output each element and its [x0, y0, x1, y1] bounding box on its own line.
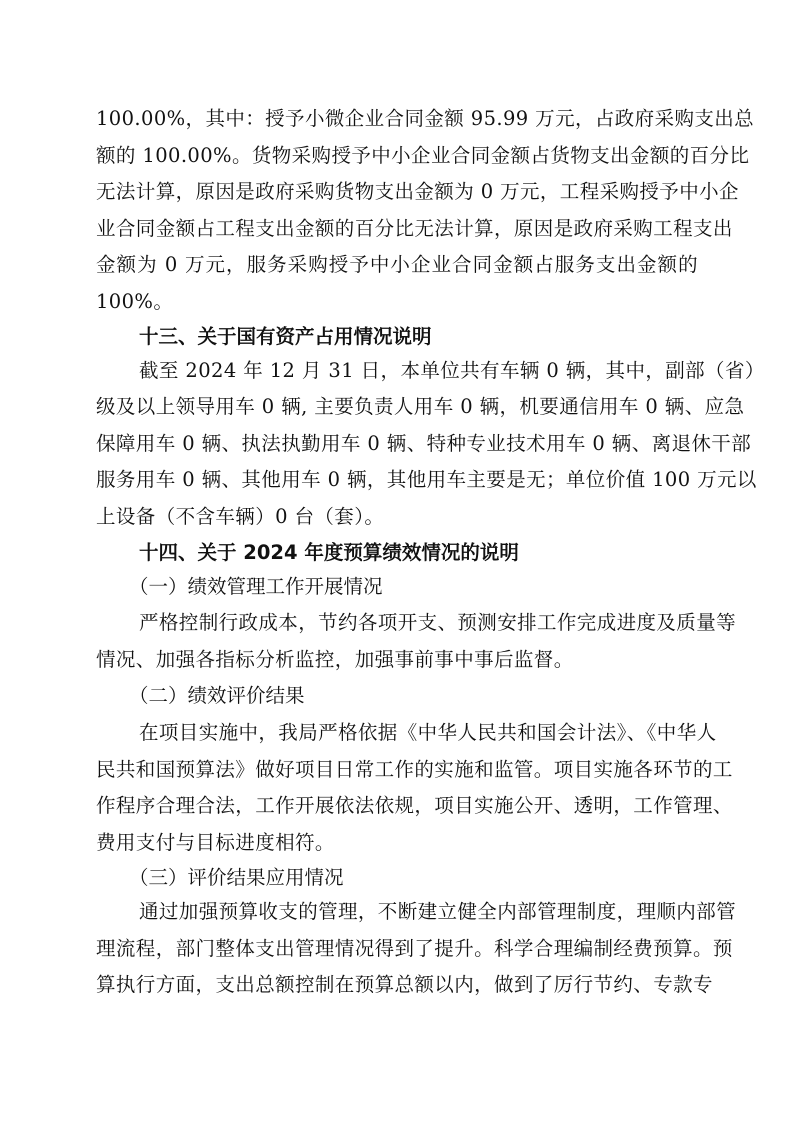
paragraph-line: 情况、加强各指标分析监控，加强事前事中事后监督。 — [96, 642, 698, 679]
paragraph-line: 金额为 0 万元，服务采购授予中小企业合同金额占服务支出金额的 — [96, 247, 698, 284]
paragraph-line: 服务用车 0 辆、其他用车 0 辆，其他用车主要是无；单位价值 100 万元以 — [96, 462, 698, 499]
paragraph-line: 理流程，部门整体支出管理情况得到了提升。科学合理编制经费预算。预 — [96, 931, 698, 968]
paragraph-line: 在项目实施中，我局严格依据《中华人民共和国会计法》、《中华人 — [96, 715, 698, 752]
paragraph-line: 费用支付与目标进度相符。 — [96, 825, 698, 862]
paragraph-line: 上设备（不含车辆）0 台（套）。 — [96, 499, 698, 536]
paragraph-line: 业合同金额占工程支出金额的百分比无法计算，原因是政府采购工程支出 — [96, 211, 698, 248]
paragraph-line: 100.00%，其中：授予小微企业合同金额 95.99 万元，占政府采购支出总 — [96, 101, 698, 138]
paragraph-line: 通过加强预算收支的管理，不断建立健全内部管理制度，理顺内部管 — [96, 894, 698, 931]
paragraph-line: 100%。 — [96, 284, 698, 321]
paragraph-line: 算执行方面，支出总额控制在预算总额以内，做到了厉行节约、专款专 — [96, 967, 698, 1004]
paragraph-line: 截至 2024 年 12 月 31 日，本单位共有车辆 0 辆，其中，副部（省） — [96, 353, 698, 390]
section-13-heading: 十三、关于国有资产占用情况说明 — [96, 321, 698, 353]
section-13-paragraph: 截至 2024 年 12 月 31 日，本单位共有车辆 0 辆，其中，副部（省）… — [96, 353, 698, 536]
section-14-heading: 十四、关于 2024 年度预算绩效情况的说明 — [96, 536, 698, 569]
subsection-2-paragraph: 在项目实施中，我局严格依据《中华人民共和国会计法》、《中华人 民共和国预算法》做… — [96, 715, 698, 861]
subsection-3-paragraph: 通过加强预算收支的管理，不断建立健全内部管理制度，理顺内部管 理流程，部门整体支… — [96, 894, 698, 1004]
paragraph-line: 额的 100.00%。货物采购授予中小企业合同金额占货物支出金额的百分比 — [96, 138, 698, 175]
paragraph-line: 级及以上领导用车 0 辆, 主要负责人用车 0 辆，机要通信用车 0 辆、应急 — [96, 389, 698, 426]
paragraph-line: 严格控制行政成本，节约各项开支、预测安排工作完成进度及质量等 — [96, 605, 698, 642]
section-12-tail-paragraph: 100.00%，其中：授予小微企业合同金额 95.99 万元，占政府采购支出总 … — [96, 101, 698, 321]
paragraph-line: 民共和国预算法》做好项目日常工作的实施和监管。项目实施各环节的工 — [96, 752, 698, 789]
paragraph-line: 保障用车 0 辆、执法执勤用车 0 辆、特种专业技术用车 0 辆、离退休干部 — [96, 426, 698, 463]
subsection-3-heading: （三）评价结果应用情况 — [96, 861, 698, 894]
paragraph-line: 作程序合理合法，工作开展依法依规，项目实施公开、透明，工作管理、 — [96, 788, 698, 825]
subsection-1-paragraph: 严格控制行政成本，节约各项开支、预测安排工作完成进度及质量等 情况、加强各指标分… — [96, 605, 698, 678]
subsection-2-heading: （二）绩效评价结果 — [96, 678, 698, 715]
subsection-1-heading: （一）绩效管理工作开展情况 — [96, 569, 698, 606]
paragraph-line: 无法计算，原因是政府采购货物支出金额为 0 万元，工程采购授予中小企 — [96, 174, 698, 211]
document-page: 100.00%，其中：授予小微企业合同金额 95.99 万元，占政府采购支出总 … — [96, 101, 698, 1004]
